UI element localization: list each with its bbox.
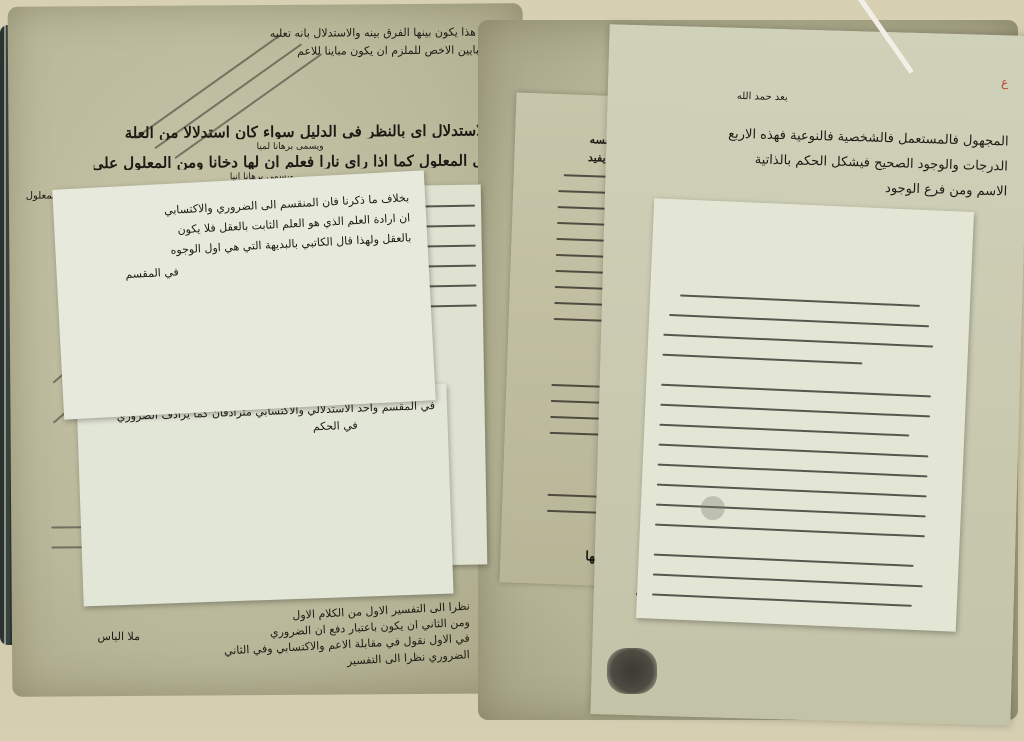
left-bottom-signature: ملا الياس	[30, 630, 140, 644]
slip-lower-left: في المقسم واحد الاستدلالي والاكتسابي متر…	[76, 384, 453, 607]
slip-upper-left: بخلاف ما ذكرنا فان المنقسم الى الضروري و…	[52, 170, 436, 419]
left-page-line-4: الى المعلول كما اذا راى نارا فعلم ان لها…	[94, 153, 494, 170]
slip-upper-line-4: في المقسم	[88, 265, 179, 284]
right-page-header: بعد حمد الله	[688, 88, 788, 105]
dark-stain	[607, 648, 657, 694]
ink-smudge	[700, 496, 725, 521]
slip-right	[636, 198, 974, 632]
red-mark: ع	[988, 75, 1008, 90]
right-page-line-1: المجهول فالمستعمل فالشخصية فالنوعية فهذه…	[649, 125, 1009, 149]
right-page-line-3: الاسم ومن فرع الوجود	[647, 175, 1007, 199]
left-page-line-1: فعلى هذا يكون بينها الفرق بينه والاستدلا…	[63, 25, 503, 42]
right-page-line-2: الدرجات والوجود الصحيح فيشكل الحكم بالذا…	[648, 150, 1008, 174]
slip-lower-line-2: في الحكم	[277, 419, 357, 436]
